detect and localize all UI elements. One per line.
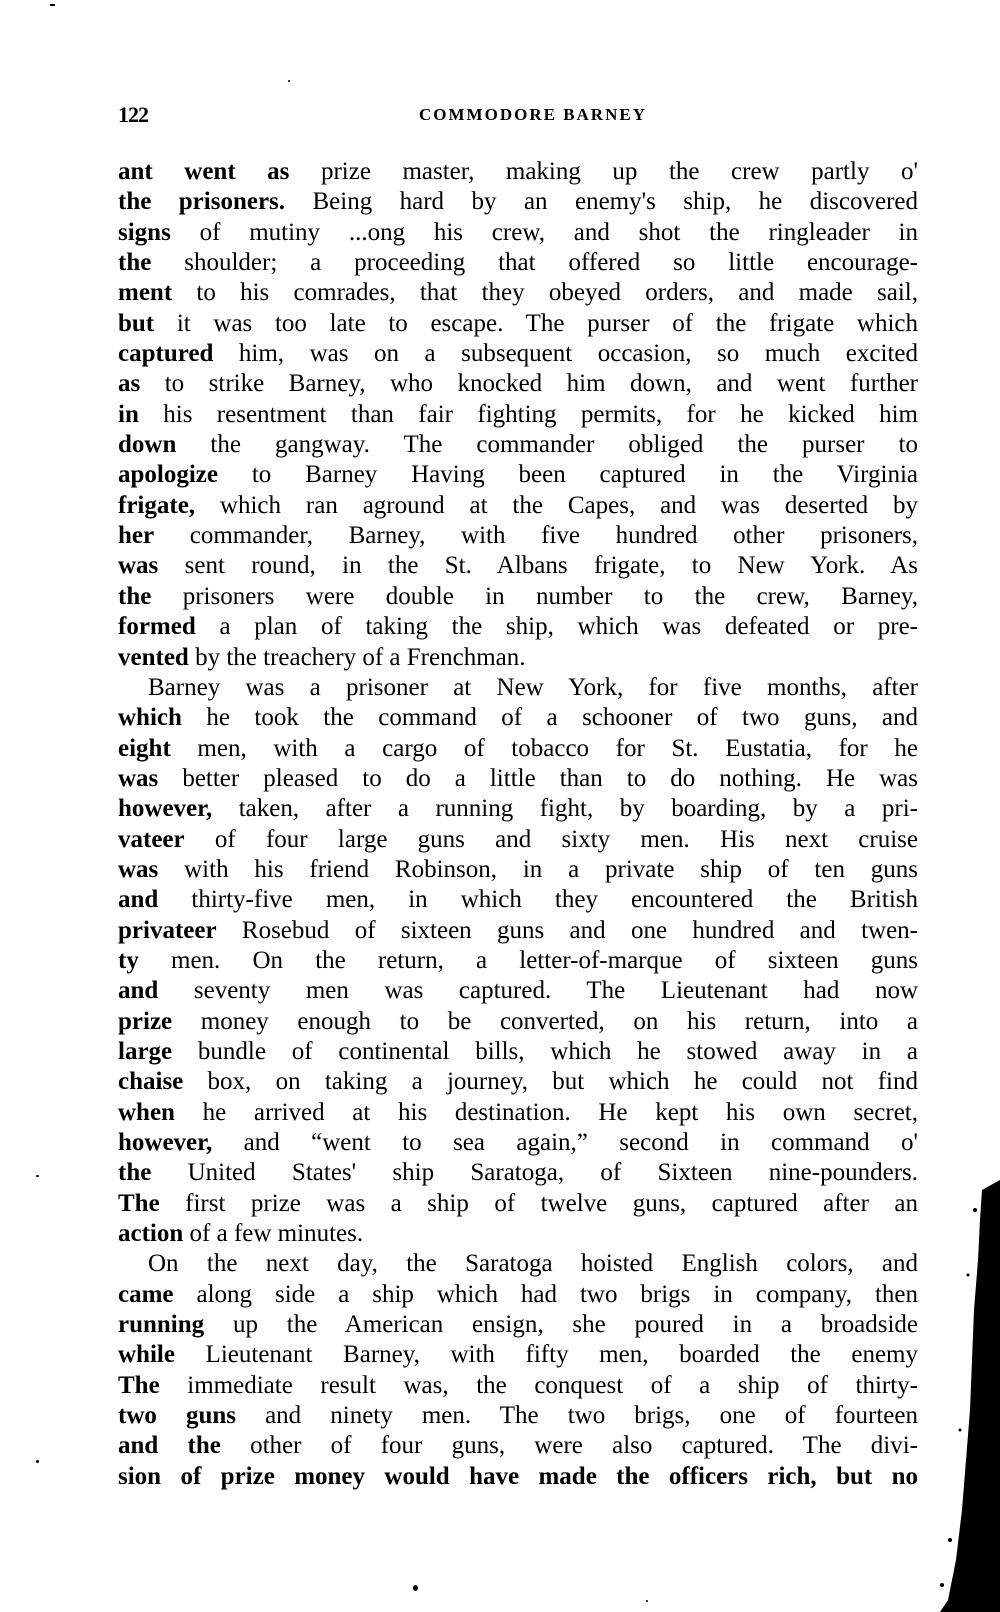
text-line: and seventy men was captured. The Lieute… (118, 976, 918, 1006)
line-lead-bold: her (118, 522, 154, 549)
line-lead-bold: prize (118, 1008, 172, 1035)
line-rest: with his friend Robinson, in a private s… (158, 856, 918, 883)
line-lead-bold: the (118, 583, 151, 610)
line-rest: Lieutenant Barney, with fifty men, board… (175, 1341, 918, 1368)
line-lead-bold: came (118, 1281, 174, 1308)
line-lead-bold: down (118, 431, 176, 458)
line-rest: shoulder; a proceeding that offered so l… (151, 249, 918, 276)
text-line: and thirty-five men, in which they encou… (118, 885, 918, 915)
line-rest: prize master, making up the crew partly … (289, 158, 918, 185)
text-line: while Lieutenant Barney, with fifty men,… (118, 1340, 918, 1370)
text-line: down the gangway. The commander obliged … (118, 430, 918, 460)
text-line: which he took the command of a schooner … (118, 703, 918, 733)
scan-speck (50, 4, 55, 6)
text-line: The immediate result was, the conquest o… (118, 1371, 918, 1401)
line-rest: On the next day, the Saratoga hoisted En… (148, 1250, 918, 1277)
text-line: sion of prize money would have made the … (118, 1462, 918, 1492)
line-lead-bold: The (118, 1372, 160, 1399)
scan-speck (413, 1585, 418, 1591)
running-header: 122 COMMODORE BARNEY (118, 100, 918, 130)
line-rest: and ninety men. The two brigs, one of fo… (236, 1402, 918, 1429)
line-rest: box, on taking a journey, but which he c… (183, 1068, 918, 1095)
line-lead-bold: running (118, 1311, 204, 1338)
line-rest: first prize was a ship of twelve guns, c… (160, 1190, 918, 1217)
scan-speck (36, 1460, 39, 1463)
line-rest: sent round, in the St. Albans frigate, t… (158, 552, 918, 579)
line-lead-bold: was (118, 765, 158, 792)
text-line: the United States' ship Saratoga, of Six… (118, 1158, 918, 1188)
line-rest: Being hard by an enemy's ship, he discov… (285, 188, 918, 215)
line-lead-bold: signs (118, 219, 171, 246)
line-rest: thirty-five men, in which they encounter… (158, 886, 918, 913)
line-rest: other of four guns, were also captured. … (221, 1432, 918, 1459)
line-lead-bold: action (118, 1220, 183, 1247)
line-lead-bold: as (118, 370, 140, 397)
line-rest: of four large guns and sixty men. His ne… (185, 826, 918, 853)
line-rest: to strike Barney, who knocked him down, … (140, 370, 918, 397)
line-rest: commander, Barney, with five hundred oth… (154, 522, 918, 549)
line-lead-bold: was (118, 856, 158, 883)
line-lead-bold: and (118, 886, 158, 913)
text-line: captured him, was on a subsequent occasi… (118, 339, 918, 369)
line-lead-bold: chaise (118, 1068, 183, 1095)
line-lead-bold: ant went as (118, 158, 289, 185)
text-line: came along side a ship which had two bri… (118, 1280, 918, 1310)
scan-edge-shadow (920, 1180, 1000, 1612)
line-rest: to his comrades, that they obeyed orders… (172, 279, 918, 306)
text-line: vateer of four large guns and sixty men.… (118, 825, 918, 855)
line-rest: Rosebud of sixteen guns and one hundred … (217, 917, 918, 944)
line-rest: taken, after a running fight, by boardin… (212, 795, 918, 822)
text-line: chaise box, on taking a journey, but whi… (118, 1067, 918, 1097)
line-lead-bold: eight (118, 735, 171, 762)
line-rest: prisoners were double in number to the c… (151, 583, 918, 610)
scan-speck (646, 1600, 648, 1602)
line-lead-bold: The (118, 1190, 160, 1217)
line-lead-bold: however, (118, 795, 212, 822)
text-line: privateer Rosebud of sixteen guns and on… (118, 916, 918, 946)
text-line: in his resentment than fair fighting per… (118, 400, 918, 430)
line-lead-bold: large (118, 1038, 172, 1065)
line-lead-bold: but (118, 310, 154, 337)
line-lead-bold: vateer (118, 826, 185, 853)
text-line: Barney was a prisoner at New York, for f… (118, 673, 918, 703)
line-lead-bold: apologize (118, 461, 218, 488)
line-rest: he arrived at his destination. He kept h… (175, 1099, 918, 1126)
line-lead-bold: captured (118, 340, 213, 367)
text-line: but it was too late to escape. The purse… (118, 309, 918, 339)
line-rest: better pleased to do a little than to do… (158, 765, 918, 792)
text-line: two guns and ninety men. The two brigs, … (118, 1401, 918, 1431)
line-rest: United States' ship Saratoga, of Sixteen… (151, 1159, 918, 1186)
line-lead-bold: privateer (118, 917, 217, 944)
text-line: the shoulder; a proceeding that offered … (118, 248, 918, 278)
text-line: running up the American ensign, she pour… (118, 1310, 918, 1340)
text-line: signs of mutiny ...ong his crew, and sho… (118, 218, 918, 248)
line-rest: by the treachery of a Frenchman. (189, 644, 526, 671)
line-rest: and “went to sea again,” second in comma… (212, 1129, 918, 1156)
line-lead-bold: in (118, 401, 139, 428)
text-line: as to strike Barney, who knocked him dow… (118, 369, 918, 399)
line-lead-bold: sion of prize money would have made the … (118, 1463, 918, 1490)
text-line: eight men, with a cargo of tobacco for S… (118, 734, 918, 764)
line-rest: his resentment than fair fighting permit… (139, 401, 918, 428)
text-line: was sent round, in the St. Albans frigat… (118, 551, 918, 581)
text-line: large bundle of continental bills, which… (118, 1037, 918, 1067)
line-lead-bold: ty (118, 947, 139, 974)
line-rest: men. On the return, a letter-of-marque o… (139, 947, 918, 974)
text-line: ty men. On the return, a letter-of-marqu… (118, 946, 918, 976)
line-rest: bundle of continental bills, which he st… (172, 1038, 918, 1065)
text-line: The first prize was a ship of twelve gun… (118, 1189, 918, 1219)
line-lead-bold: ment (118, 279, 172, 306)
text-line: action of a few minutes. (118, 1219, 918, 1249)
body-text: ant went as prize master, making up the … (118, 157, 918, 1492)
text-line: apologize to Barney Having been captured… (118, 460, 918, 490)
line-rest: a plan of taking the ship, which was def… (196, 613, 918, 640)
line-rest: along side a ship which had two brigs in… (174, 1281, 918, 1308)
line-rest: it was too late to escape. The purser of… (154, 310, 918, 337)
line-lead-bold: the (118, 1159, 151, 1186)
text-line: her commander, Barney, with five hundred… (118, 521, 918, 551)
line-lead-bold: and (118, 977, 158, 1004)
line-lead-bold: when (118, 1099, 175, 1126)
line-lead-bold: which (118, 704, 182, 731)
line-rest: he took the command of a schooner of two… (182, 704, 918, 731)
line-lead-bold: the prisoners. (118, 188, 285, 215)
text-line: however, taken, after a running fight, b… (118, 794, 918, 824)
text-line: ment to his comrades, that they obeyed o… (118, 278, 918, 308)
text-line: the prisoners. Being hard by an enemy's … (118, 187, 918, 217)
text-line: ant went as prize master, making up the … (118, 157, 918, 187)
text-line: was with his friend Robinson, in a priva… (118, 855, 918, 885)
text-line: the prisoners were double in number to t… (118, 582, 918, 612)
line-rest: seventy men was captured. The Lieutenant… (158, 977, 918, 1004)
line-lead-bold: was (118, 552, 158, 579)
line-lead-bold: two guns (118, 1402, 236, 1429)
line-rest: the gangway. The commander obliged the p… (176, 431, 918, 458)
line-lead-bold: the (118, 249, 151, 276)
line-rest: of a few minutes. (183, 1220, 363, 1247)
running-title: COMMODORE BARNEY (118, 102, 918, 128)
line-rest: which ran aground at the Capes, and was … (195, 492, 918, 519)
line-rest: to Barney Having been captured in the Vi… (218, 461, 918, 488)
text-line: was better pleased to do a little than t… (118, 764, 918, 794)
line-rest: Barney was a prisoner at New York, for f… (148, 674, 918, 701)
line-lead-bold: and the (118, 1432, 221, 1459)
scan-speck (288, 80, 290, 82)
line-rest: him, was on a subsequent occasion, so mu… (213, 340, 918, 367)
line-rest: immediate result was, the conquest of a … (160, 1372, 918, 1399)
line-lead-bold: vented (118, 644, 189, 671)
line-rest: money enough to be converted, on his ret… (172, 1008, 918, 1035)
text-line: and the other of four guns, were also ca… (118, 1431, 918, 1461)
text-line: however, and “went to sea again,” second… (118, 1128, 918, 1158)
line-lead-bold: however, (118, 1129, 212, 1156)
text-line: prize money enough to be converted, on h… (118, 1007, 918, 1037)
text-line: On the next day, the Saratoga hoisted En… (118, 1249, 918, 1279)
line-rest: up the American ensign, she poured in a … (204, 1311, 918, 1338)
line-rest: men, with a cargo of tobacco for St. Eus… (171, 735, 918, 762)
scan-speck (36, 1175, 39, 1177)
line-lead-bold: while (118, 1341, 175, 1368)
text-line: when he arrived at his destination. He k… (118, 1098, 918, 1128)
line-lead-bold: formed (118, 613, 196, 640)
line-lead-bold: frigate, (118, 492, 195, 519)
text-line: frigate, which ran aground at the Capes,… (118, 491, 918, 521)
text-line: formed a plan of taking the ship, which … (118, 612, 918, 642)
book-page: 122 COMMODORE BARNEY ant went as prize m… (0, 0, 1000, 1612)
text-line: vented by the treachery of a Frenchman. (118, 643, 918, 673)
line-rest: of mutiny ...ong his crew, and shot the … (171, 219, 918, 246)
